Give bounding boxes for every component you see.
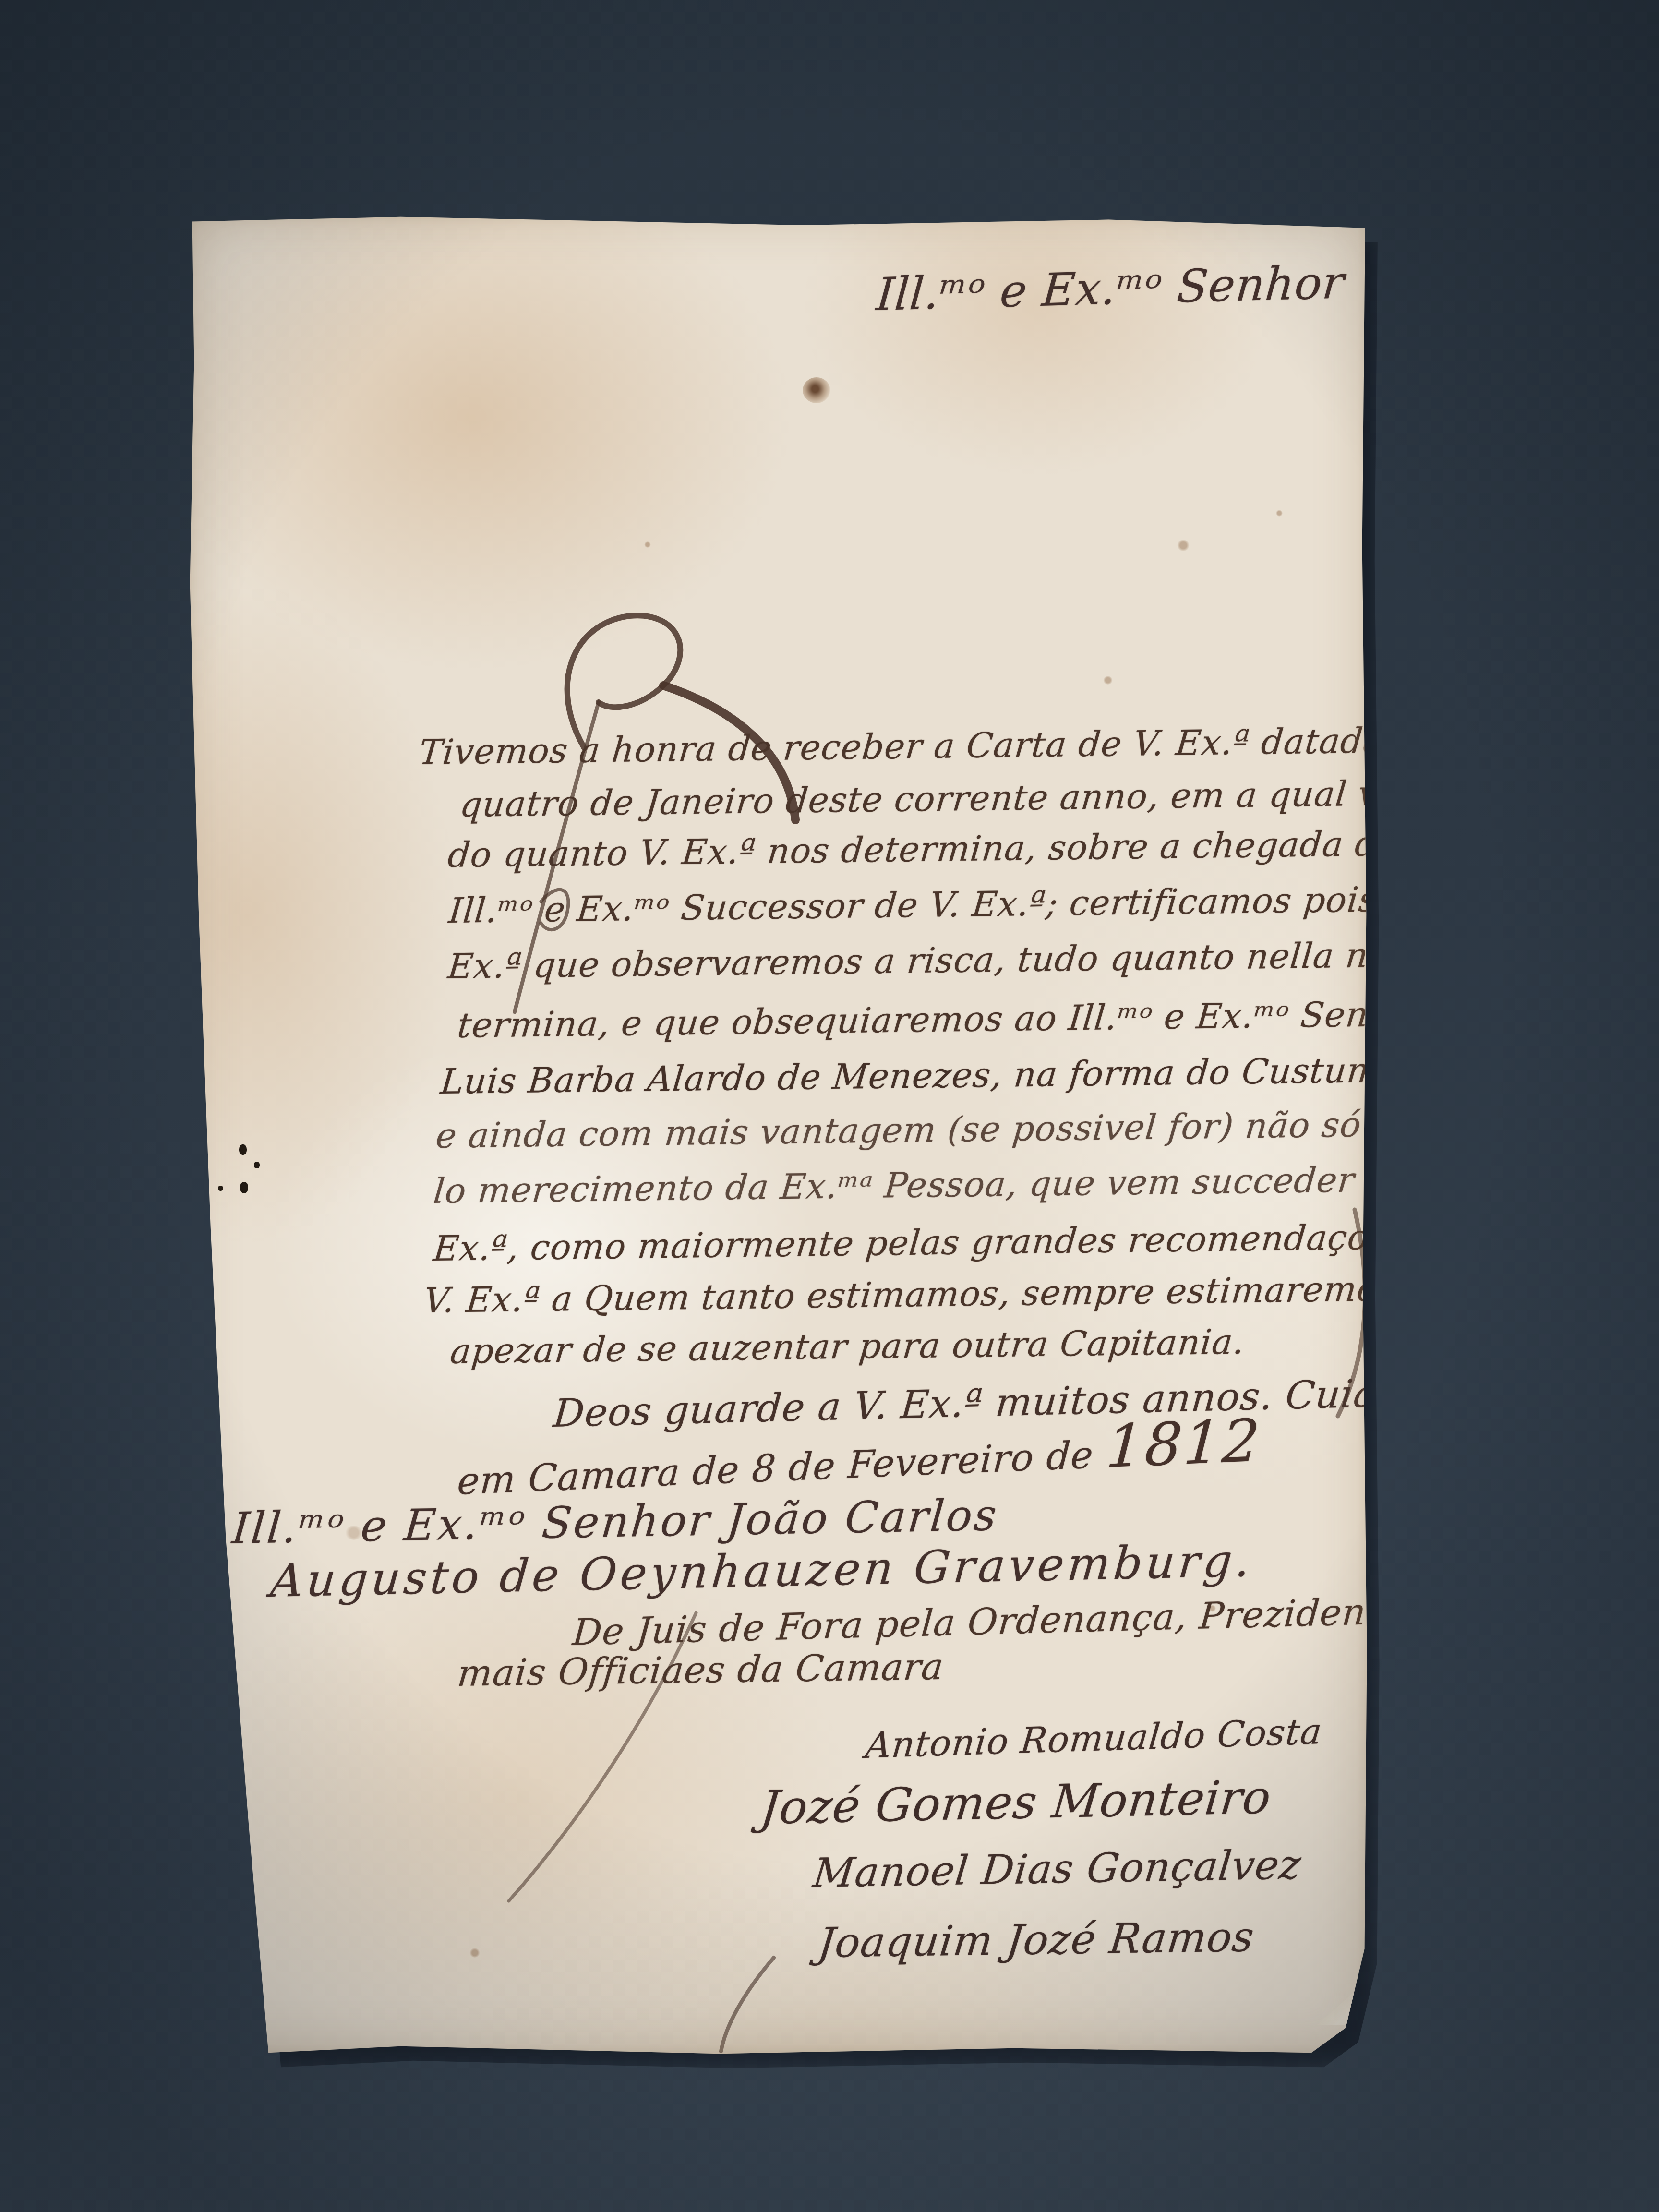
foxing-stain (469, 1948, 480, 1958)
dateline-year: 1812 (1104, 1406, 1263, 1481)
dateline-text: em Camara de 8 de Fevereiro de (456, 1433, 1107, 1503)
attribution-line: mais Officiaes da Camara (456, 1648, 945, 1692)
foxing-stain (803, 377, 830, 403)
signature: Joaquim Jozé Ramos (816, 1916, 1256, 1964)
manuscript-paper: Ill.ᵐᵒ e Ex.ᵐᵒ Senhor Tivemos a honra de… (188, 215, 1368, 2056)
signature: Manoel Dias Gonçalvez (811, 1844, 1303, 1893)
foxing-stain (1177, 540, 1190, 551)
body-line: e ainda com mais vantagem (se possivel f… (434, 1106, 1430, 1153)
body-line: V. Ex.ª a Quem tanto estimamos, sempre e… (422, 1271, 1398, 1318)
body-line: termina, e que obsequiaremos ao Ill.ᵐᵒ e… (456, 996, 1431, 1043)
body-line: lo merecimento da Ex.ᵐᵃ Pessoa, que vem … (432, 1162, 1431, 1208)
foxing-stain (1276, 510, 1283, 517)
body-line: do quanto V. Ex.ª nos determina, sobre a… (446, 826, 1413, 872)
opening-flourish (495, 594, 831, 1065)
ink-speck (218, 1186, 223, 1191)
signature: Jozé Gomes Monteiro (758, 1774, 1274, 1831)
ink-speck (239, 1144, 247, 1155)
body-line: Luis Barba Alardo de Menezes, na forma d… (439, 1052, 1414, 1099)
signature-descender-stroke (716, 1958, 783, 2054)
body-line: apezar de se auzentar para outra Capitan… (449, 1324, 1246, 1369)
attribution-line: De Juis de Fora pela Ordenança, Preziden… (571, 1591, 1451, 1651)
ink-speck (240, 1182, 248, 1193)
body-line: Ex.ª, como maiormente pelas grandes reco… (432, 1218, 1487, 1266)
ink-speck (254, 1162, 260, 1168)
foxing-stain (644, 541, 651, 548)
salutation-line: Ill.ᵐᵒ e Ex.ᵐᵒ Senhor (875, 260, 1346, 318)
foxing-stain (1103, 676, 1113, 685)
signature: Antonio Romualdo Costa (864, 1714, 1323, 1764)
ink-speck (196, 1190, 209, 1197)
photo-backdrop: Ill.ᵐᵒ e Ex.ᵐᵒ Senhor Tivemos a honra de… (0, 0, 1659, 2212)
